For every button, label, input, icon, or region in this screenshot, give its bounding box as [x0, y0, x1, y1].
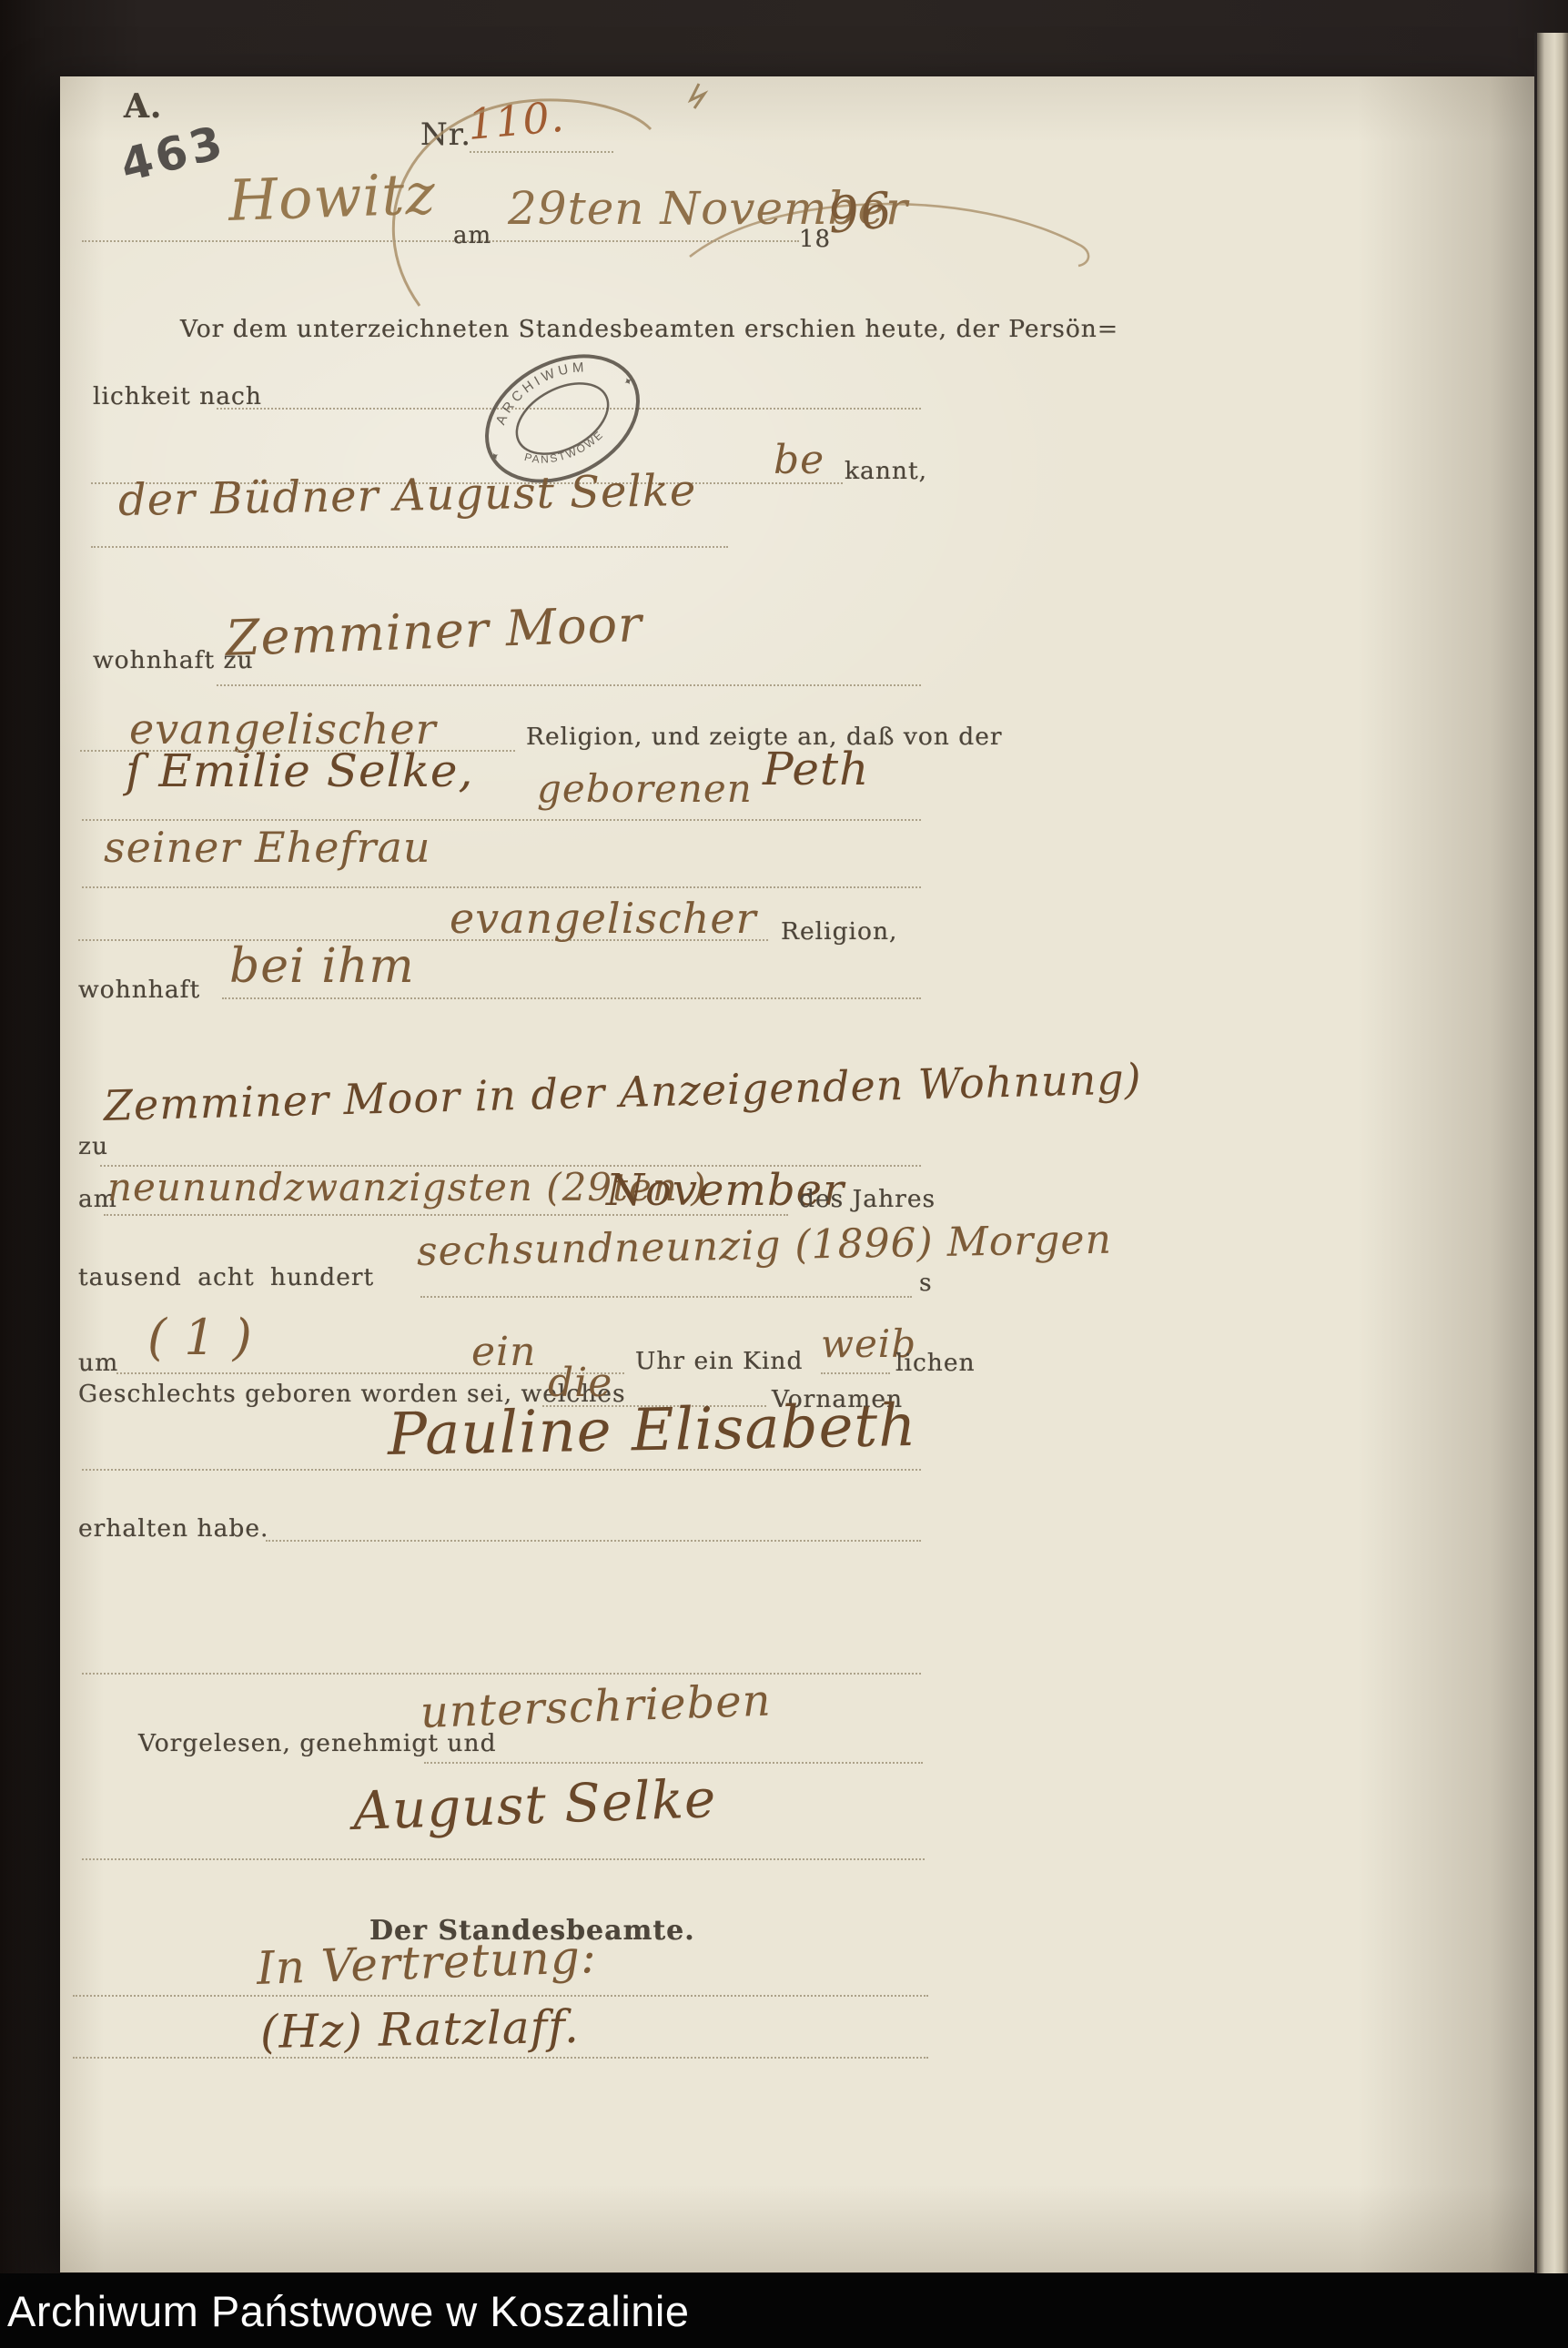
- year-suffix: s: [919, 1269, 933, 1297]
- wohnhaft-label: wohnhaft: [78, 976, 200, 1004]
- um-label: um: [78, 1349, 118, 1377]
- uhr-kind-label: Uhr ein Kind: [635, 1347, 803, 1375]
- bekannt-printed: kannt,: [845, 457, 927, 485]
- ruled-line: [104, 1214, 788, 1216]
- year-printed: 18: [799, 226, 831, 253]
- religion-2-label: Religion,: [781, 917, 897, 946]
- archive-caption-bar: Archiwum Państwowe w Koszalinie: [0, 2273, 1568, 2348]
- intro-line-1: Vor dem unterzeichneten Standesbeamten e…: [180, 315, 1118, 343]
- intro-line-2: lichkeit nach: [93, 382, 262, 410]
- ruled-line: [91, 546, 728, 548]
- gender-suffix: lichen: [895, 1349, 976, 1377]
- declarant-signature: August Selke: [352, 1767, 717, 1842]
- birth-year: sechsundneunzig (1896) Morgen: [417, 1217, 1113, 1275]
- archive-caption-label: Archiwum Państwowe w Koszalinie: [7, 2286, 690, 2336]
- vertretung-note: In Vertretung:: [256, 1930, 598, 1995]
- child-names: Pauline Elisabeth: [387, 1392, 917, 1469]
- book-page-edges: [1534, 33, 1568, 2273]
- am-label: am: [453, 222, 491, 249]
- ruled-line: [217, 684, 921, 686]
- official-signature: (Hz) Ratzlaff.: [259, 2000, 580, 2059]
- ruled-line: [82, 886, 921, 888]
- zu-label: zu: [78, 1132, 108, 1160]
- pencil-number: 463: [116, 116, 231, 192]
- ruled-line: [222, 997, 921, 999]
- bekannt-handwritten: be: [774, 437, 824, 483]
- unterschrieben-word: unterschrieben: [420, 1675, 772, 1738]
- des-jahres-label: des Jahres: [799, 1185, 936, 1213]
- ruled-line: [82, 1673, 921, 1675]
- register-page: A. 463 Nr. 110. Howitz am 29ten November…: [60, 76, 1534, 2272]
- mother-name: ſ Emilie Selke,: [126, 744, 473, 797]
- stamp-star-left: ✦: [488, 449, 501, 464]
- ruled-line: [82, 240, 799, 242]
- declarant-name: der Büdner August Selke: [118, 465, 697, 526]
- hour-word: ein: [471, 1329, 536, 1375]
- geborenen-word: geborenen: [537, 766, 753, 811]
- religion-2-value: evangelischer: [450, 894, 757, 943]
- residence-value: Zemminer Moor: [225, 595, 643, 667]
- ruled-line: [420, 1296, 912, 1298]
- maiden-name: Peth: [763, 743, 869, 795]
- ruled-line: [73, 2057, 928, 2059]
- tausend-label: tausend acht hundert: [78, 1263, 374, 1291]
- svg-text:ARCHIWUM: ARCHIWUM: [482, 349, 597, 431]
- ruled-line: [424, 1762, 923, 1764]
- ruled-line: [82, 1469, 921, 1471]
- ruled-line: [821, 1372, 890, 1374]
- stamp-star-right: ✦: [622, 374, 635, 390]
- mother-relation: seiner Ehefrau: [104, 823, 431, 872]
- place-name: Howitz: [228, 160, 437, 234]
- photographed-register-page: { "colors": { "paper": "#ebe6d6", "ink_b…: [0, 0, 1568, 2348]
- birth-hour: ( 1 ): [147, 1309, 253, 1366]
- form-letter: A.: [124, 87, 162, 126]
- ruled-line: [82, 819, 921, 821]
- erhalten-habe-label: erhalten habe.: [78, 1514, 268, 1543]
- ruled-line: [266, 1540, 921, 1542]
- ruled-line: [73, 1995, 928, 1997]
- wohnhaft-value: bei ihm: [229, 939, 415, 994]
- stamp-text-top: ARCHIWUM: [482, 349, 597, 431]
- ruled-line: [82, 1858, 925, 1860]
- birth-place: Zemminer Moor in der Anzeigenden Wohnung…: [103, 1054, 1142, 1130]
- year-handwritten: 96: [825, 181, 895, 245]
